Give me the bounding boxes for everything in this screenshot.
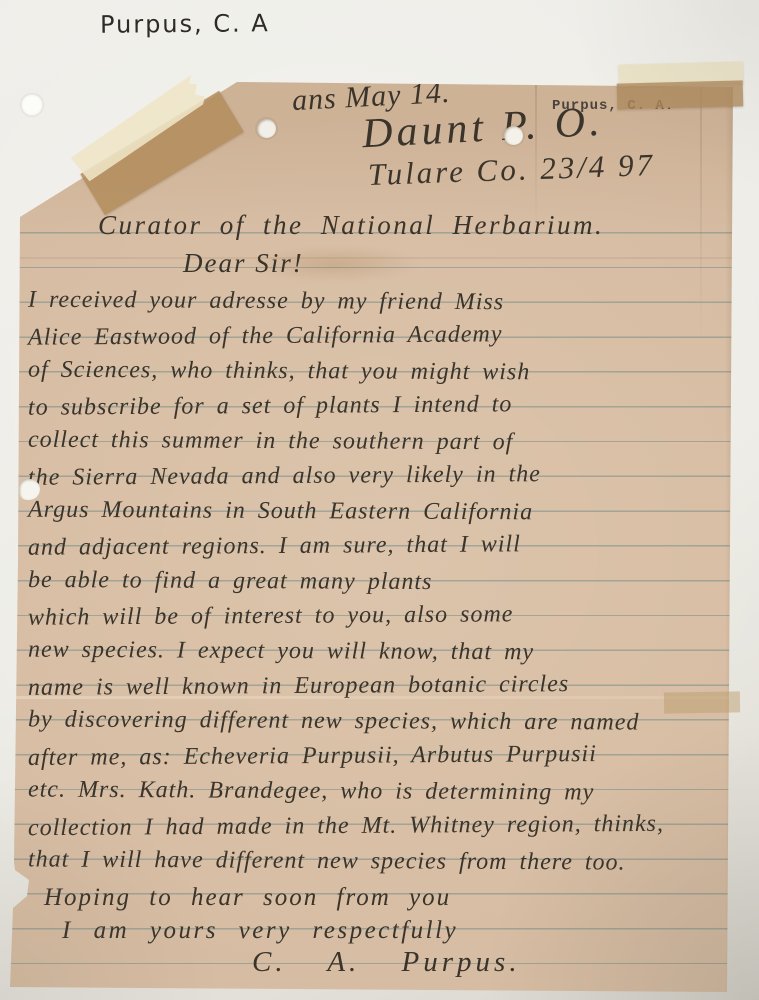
punch-hole <box>504 126 523 145</box>
punch-hole <box>257 119 276 138</box>
tape-right-middle <box>664 691 740 713</box>
recipient-line: Curator of the National Herbarium. <box>98 210 604 241</box>
letter-line: be able to find a great many plants <box>28 567 433 596</box>
letter-line: collect this summer in the southern part… <box>28 427 513 457</box>
letter-line: by discovering different new species, wh… <box>28 706 640 736</box>
tape-top-right-dark <box>617 80 744 109</box>
cataloging-annotation: Purpus, C. A <box>100 9 270 38</box>
letter-line: I received your adresse by my friend Mis… <box>28 287 504 316</box>
letter-line: which will be of interest to you, also s… <box>28 601 514 631</box>
letter-line: and adjacent regions. I am sure, that I … <box>28 531 521 561</box>
letter-line: collection I had made in the Mt. Whitney… <box>28 811 664 842</box>
signature-line: C. A. Purpus. <box>252 946 521 979</box>
scan-background: Purpus, C. A ans May 14. Purpus, C. A. D… <box>0 0 759 1000</box>
closing-line: I am yours very respectfully <box>62 917 458 945</box>
letter-line: new species. I expect you will know, tha… <box>28 637 534 667</box>
letter-line: to subscribe for a set of plants I inten… <box>28 391 513 421</box>
letter-line: Argus Mountains in South Eastern Califor… <box>28 497 533 527</box>
closing-line: Hoping to hear soon from you <box>44 884 451 912</box>
letter-line: name is well known in European botanic c… <box>28 671 569 702</box>
letter-line: the Sierra Nevada and also very likely i… <box>28 461 541 492</box>
salutation-line: Dear Sir! <box>183 248 304 279</box>
paper-edge-shading <box>725 84 737 1000</box>
letter-line: after me, as: Echeveria Purpusii, Arbutu… <box>28 741 597 772</box>
letter-line: etc. Mrs. Kath. Brandegee, who is determ… <box>28 777 594 807</box>
letter-line: Alice Eastwood of the California Academy <box>28 321 503 351</box>
letter-line: that I will have different new species f… <box>28 846 626 876</box>
punch-hole-backing <box>20 93 44 117</box>
letter-line: of Sciences, who thinks, that you might … <box>28 357 530 387</box>
